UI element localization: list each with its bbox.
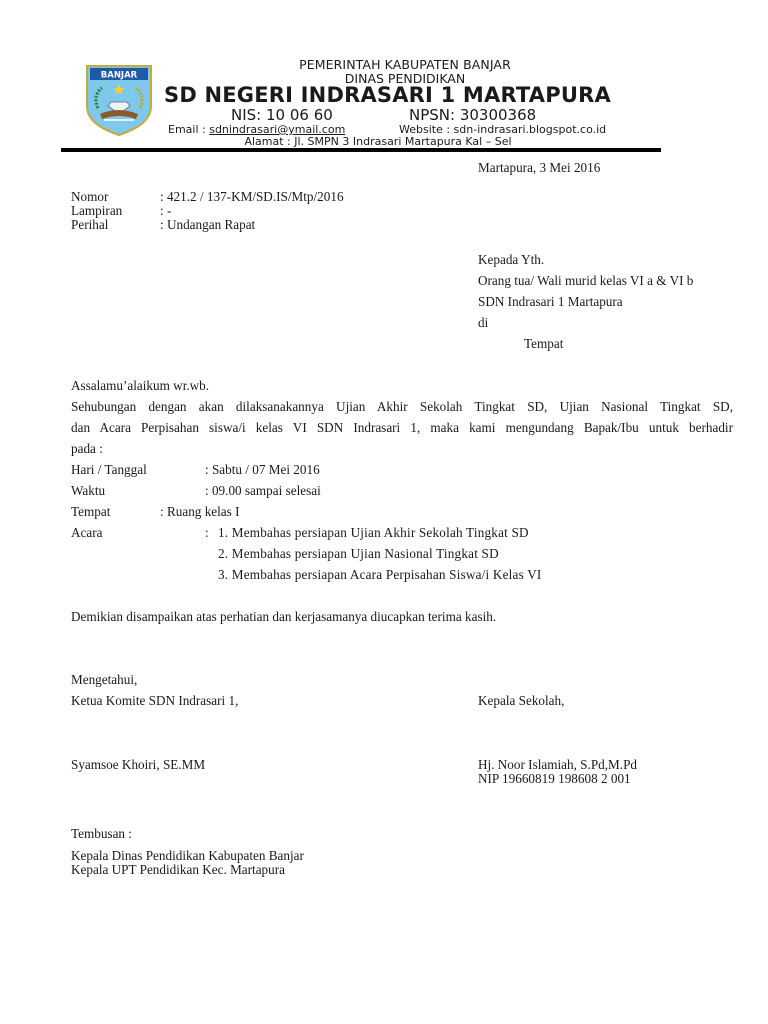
- place-date: Martapura, 3 Mei 2016: [478, 160, 600, 176]
- letterhead-divider: [61, 148, 661, 152]
- greeting: Assalamu’alaikum wr.wb.: [71, 378, 209, 394]
- headmaster-nip: NIP 19660819 198608 2 001: [478, 771, 631, 787]
- body-line-2: dan Acara Perpisahan siswa/i kelas VI SD…: [71, 420, 733, 436]
- committee-chair-name: Syamsoe Khoiri, SE.MM: [71, 757, 205, 773]
- cc-item-2: Kepala UPT Pendidikan Kec. Martapura: [71, 862, 285, 878]
- detail-value-place: : Ruang kelas I: [160, 504, 239, 520]
- agenda-item-3: 3. Membahas persiapan Acara Perpisahan S…: [218, 567, 542, 583]
- recipient-line-3: SDN Indrasari 1 Martapura: [478, 294, 623, 310]
- detail-value-time: : 09.00 sampai selesai: [205, 483, 321, 499]
- recipient-line-4: di: [478, 315, 488, 331]
- meta-label-perihal: Perihal: [71, 217, 108, 233]
- headmaster-title: Kepala Sekolah,: [478, 693, 564, 709]
- detail-value-date: : Sabtu / 07 Mei 2016: [205, 462, 320, 478]
- detail-value-agenda-colon: :: [205, 525, 209, 541]
- detail-label-place: Tempat: [71, 504, 110, 520]
- recipient-line-5: Tempat: [524, 336, 563, 352]
- body-line-3: pada :: [71, 441, 103, 457]
- detail-label-date: Hari / Tanggal: [71, 462, 147, 478]
- detail-label-time: Waktu: [71, 483, 105, 499]
- school-nis: NIS: 10 06 60: [231, 106, 333, 124]
- acknowledged-label: Mengetahui,: [71, 672, 137, 688]
- detail-label-agenda: Acara: [71, 525, 102, 541]
- recipient-line-2: Orang tua/ Wali murid kelas VI a & VI b: [478, 273, 693, 289]
- school-name: SD NEGERI INDRASARI 1 MARTAPURA: [164, 83, 611, 107]
- school-npsn: NPSN: 30300368: [409, 106, 536, 124]
- school-address: Alamat : Jl. SMPN 3 Indrasari Martapura …: [0, 135, 756, 148]
- closing-sentence: Demikian disampaikan atas perhatian dan …: [71, 609, 496, 625]
- cc-label: Tembusan :: [71, 826, 132, 842]
- agenda-item-1: 1. Membahas persiapan Ujian Akhir Sekola…: [218, 525, 529, 541]
- body-line-1: Sehubungan dengan akan dilaksanakannya U…: [71, 399, 733, 415]
- government-name: PEMERINTAH KABUPATEN BANJAR: [0, 57, 768, 72]
- meta-value-perihal: : Undangan Rapat: [160, 217, 255, 233]
- meta-value-nomor: : 421.2 / 137-KM/SD.IS/Mtp/2016: [160, 189, 344, 205]
- committee-chair-title: Ketua Komite SDN Indrasari 1,: [71, 693, 238, 709]
- recipient-line-1: Kepada Yth.: [478, 252, 544, 268]
- agenda-item-2: 2. Membahas persiapan Ujian Nasional Tin…: [218, 546, 499, 562]
